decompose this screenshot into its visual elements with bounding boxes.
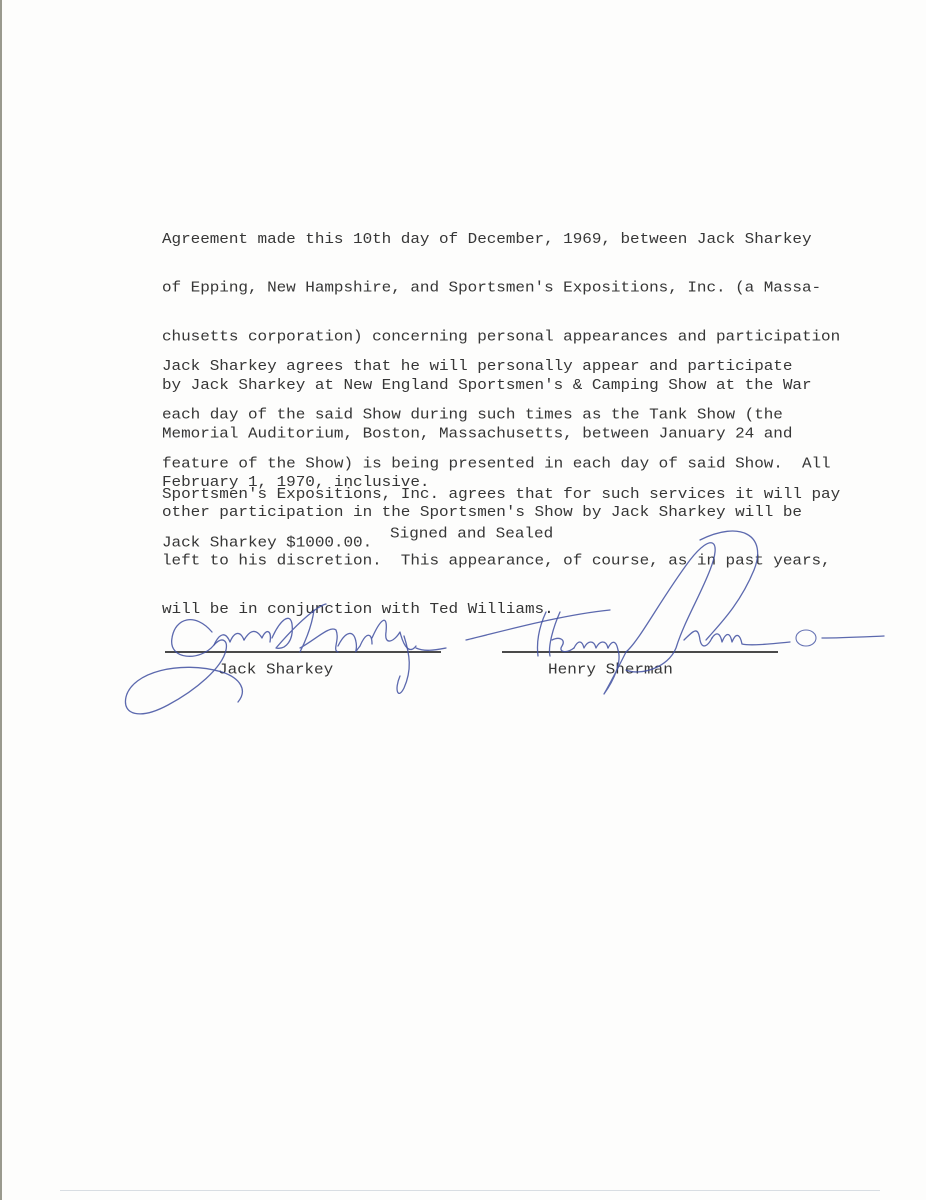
text-line: each day of the said Show during such ti… <box>162 407 831 423</box>
signature-line-sharkey <box>165 651 441 653</box>
signature-line-sherman <box>502 651 778 653</box>
page-edge <box>0 0 2 1200</box>
text-line: Jack Sharkey agrees that he will persona… <box>162 358 831 374</box>
paragraph-payment: Sportsmen's Expositions, Inc. agrees tha… <box>162 454 840 567</box>
page-bottom-edge <box>60 1190 880 1191</box>
signed-and-sealed-label: Signed and Sealed <box>390 526 553 542</box>
text-line: will be in conjunction with Ted Williams… <box>162 601 831 617</box>
signatory-name-sherman: Henry Sherman <box>548 662 673 678</box>
signatory-name-sharkey: Jack Sharkey <box>218 662 333 678</box>
text-line: Sportsmen's Expositions, Inc. agrees tha… <box>162 486 840 502</box>
text-line: Agreement made this 10th day of December… <box>162 231 840 247</box>
text-line: of Epping, New Hampshire, and Sportsmen'… <box>162 280 840 296</box>
